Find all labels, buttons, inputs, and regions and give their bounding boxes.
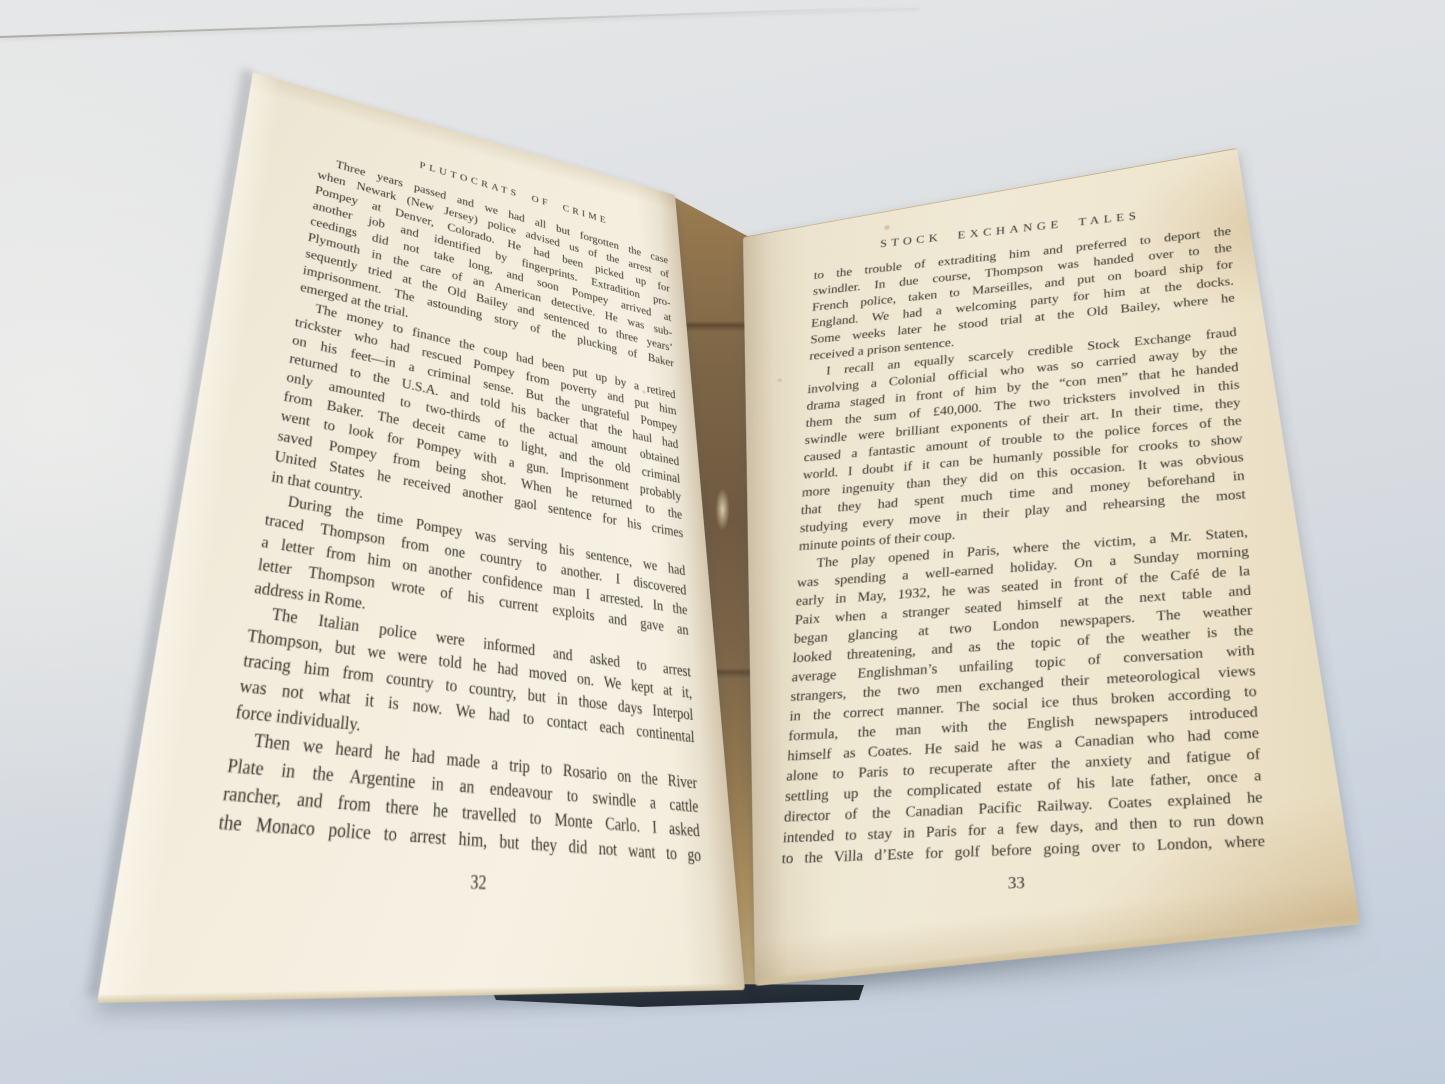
page-number-right: 33 <box>779 866 1267 901</box>
backdrop-seam <box>0 5 920 38</box>
left-page: PLUTOCRATS OF CRIME Three years passed a… <box>97 72 745 1003</box>
book-photo: PLUTOCRATS OF CRIME Three years passed a… <box>0 0 1445 1084</box>
left-page-content: PLUTOCRATS OF CRIME Three years passed a… <box>97 72 735 1000</box>
right-page-body: to the trouble of extraditing him and pr… <box>781 224 1266 871</box>
right-page-content: STOCK EXCHANGE TALES to the trouble of e… <box>743 161 1324 966</box>
right-page: STOCK EXCHANGE TALES to the trouble of e… <box>743 148 1360 986</box>
left-page-body: Three years passed and we had all but fo… <box>217 153 702 869</box>
